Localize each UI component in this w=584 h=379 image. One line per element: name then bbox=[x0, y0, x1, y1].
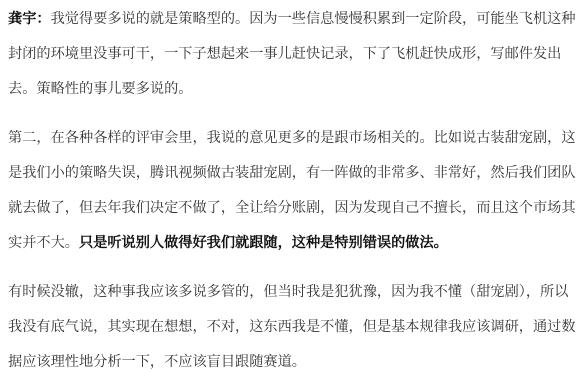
paragraph: 龚宇：我觉得要多说的就是策略型的。因为一些信息慢慢积累到一定阶段，可能坐飞机这种… bbox=[8, 2, 578, 107]
text-segment: 第二，在各种各样的评审会里，我说的意见更多的是跟市场相关的。比如说古装甜宠剧，这… bbox=[8, 130, 576, 251]
bold-text-segment: 只是听说别人做得好我们就跟随，这种是特别错误的做法。 bbox=[79, 235, 448, 251]
article-body: 龚宇：我觉得要多说的就是策略型的。因为一些信息慢慢积累到一定阶段，可能坐飞机这种… bbox=[0, 0, 584, 379]
text-segment: 有时候没辙，这种事我应该多说多管的，但当时我是犯犹豫，因为我不懂（甜宠剧），所以… bbox=[8, 284, 576, 370]
paragraph: 第二，在各种各样的评审会里，我说的意见更多的是跟市场相关的。比如说古装甜宠剧，这… bbox=[8, 121, 578, 261]
paragraph: 有时候没辙，这种事我应该多说多管的，但当时我是犯犹豫，因为我不懂（甜宠剧），所以… bbox=[8, 275, 578, 379]
text-segment: 我觉得要多说的就是策略型的。因为一些信息慢慢积累到一定阶段，可能坐飞机这种封闭的… bbox=[8, 11, 576, 97]
bold-text-segment: 龚宇： bbox=[8, 11, 51, 27]
